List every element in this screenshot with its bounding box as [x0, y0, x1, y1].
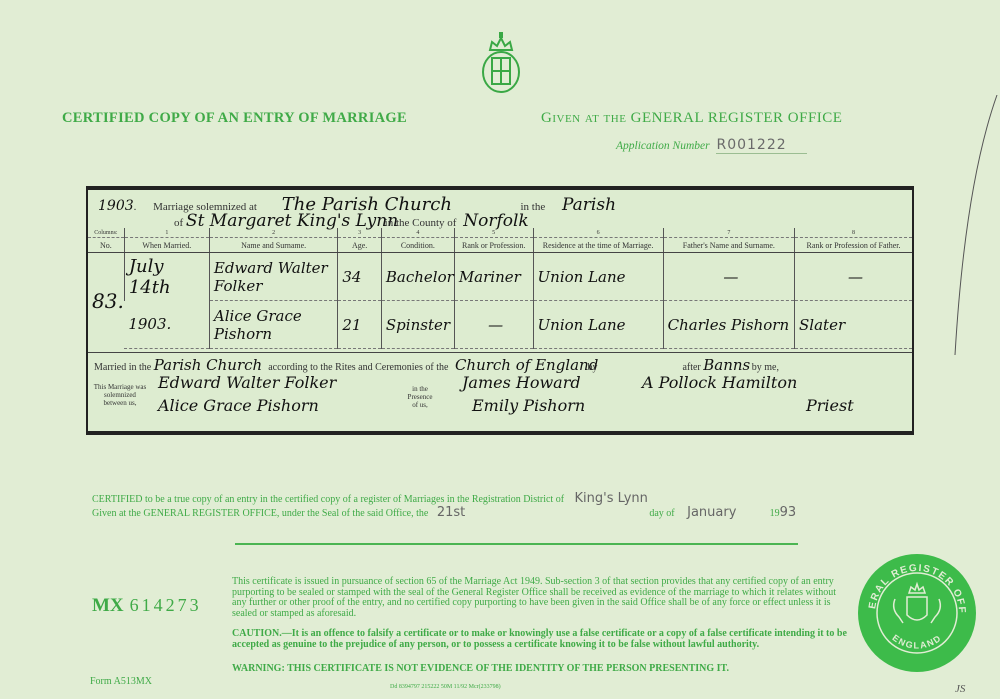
header-profession: Rank or Profession.	[454, 238, 533, 253]
entry-number: 83.	[88, 253, 124, 349]
caution-text: CAUTION.—It is an offence to falsify a c…	[232, 628, 852, 650]
col-number: 8	[795, 228, 912, 238]
issuing-office: Given at the GENERAL REGISTER OFFICE	[541, 110, 842, 127]
print-code: Dd 8394797 215222 50M 11/92 Mcr(233798)	[390, 684, 501, 690]
officiant-signature: A Pollock Hamilton	[642, 373, 797, 392]
bride-age: 21	[338, 301, 382, 349]
witness-1-signature: James Howard	[462, 373, 581, 392]
groom-name: Edward Walter Folker	[209, 253, 337, 301]
application-number-line: Application Number R001222	[616, 137, 807, 153]
bride-signature: Alice Grace Pishorn	[158, 396, 319, 415]
clerk-initials: JS	[955, 683, 965, 695]
bride-residence: Union Lane	[533, 301, 663, 349]
application-label: Application Number	[616, 140, 710, 152]
day-of-label: day of	[649, 508, 674, 519]
according-label: according to the Rites and Ceremonies of…	[268, 362, 448, 373]
groom-father-profession: —	[795, 253, 912, 301]
marriage-year: 1903.	[124, 301, 209, 349]
warning-text: WARNING: THIS CERTIFICATE IS NOT EVIDENC…	[232, 663, 729, 674]
bride-profession: —	[454, 301, 533, 349]
header-no: No.	[88, 238, 124, 253]
col-number: 5	[454, 228, 533, 238]
table-row: 83. July 14th Edward Walter Folker 34 Ba…	[88, 253, 912, 301]
married-in-label: Married in the	[94, 362, 151, 373]
serial-number: MX614273	[92, 595, 202, 617]
bride-name: Alice Grace Pishorn	[209, 301, 337, 349]
married-in-place: Parish Church	[154, 356, 266, 374]
year-prefix: 19	[770, 508, 780, 519]
legal-text: This certificate is issued in pursuance …	[232, 577, 852, 619]
register-table: Columns: 1 2 3 4 5 6 7 8 No. When Marrie…	[88, 228, 912, 349]
col-number: 4	[381, 228, 454, 238]
certification-month: January	[687, 506, 767, 519]
groom-father: —	[663, 253, 794, 301]
bride-father-profession: Slater	[795, 301, 912, 349]
certification-line-1: CERTIFIED to be a true copy of an entry …	[92, 492, 796, 506]
groom-condition: Bachelor	[381, 253, 454, 301]
col-number: 6	[533, 228, 663, 238]
certification-day: 21st	[437, 506, 647, 519]
certification-statement: CERTIFIED to be a true copy of an entry …	[92, 494, 564, 505]
marriage-date: July 14th	[124, 253, 209, 301]
col-number: 7	[663, 228, 794, 238]
married-in-line: Married in the Parish Church according t…	[94, 356, 779, 374]
serial-prefix: MX	[92, 595, 124, 616]
columns-label: Columns:	[88, 228, 124, 238]
officiant-title: Priest	[806, 396, 854, 415]
header-name: Name and Surname.	[209, 238, 337, 253]
col-number: 2	[209, 228, 337, 238]
royal-crest-icon	[470, 28, 532, 96]
certificate-title: CERTIFIED COPY OF AN ENTRY OF MARRIAGE	[62, 110, 407, 127]
groom-residence: Union Lane	[533, 253, 663, 301]
bride-condition: Spinster	[381, 301, 454, 349]
header-father-name: Father's Name and Surname.	[663, 238, 794, 253]
col-number: 3	[338, 228, 382, 238]
denomination: Church of England	[455, 356, 585, 374]
header-condition: Condition.	[381, 238, 454, 253]
district-type: Parish	[562, 195, 616, 215]
register-entry: 1903. Marriage solemnized at The Parish …	[86, 186, 914, 435]
given-at-statement: Given at the GENERAL REGISTER OFFICE, un…	[92, 508, 428, 519]
col-number: 1	[124, 228, 209, 238]
between-label: This Marriage was solemnized between us,	[92, 383, 148, 407]
header-age: Age.	[338, 238, 382, 253]
after-label: after	[682, 362, 700, 373]
header-when-married: When Married.	[124, 238, 209, 253]
by-label: by	[587, 362, 597, 373]
header-residence: Residence at the time of Marriage.	[533, 238, 663, 253]
general-register-office-seal-icon: GENERAL REGISTER OFFICE ENGLAND	[857, 553, 977, 673]
groom-age: 34	[338, 253, 382, 301]
bride-father: Charles Pishorn	[663, 301, 794, 349]
after-value: Banns	[703, 356, 749, 374]
groom-signature: Edward Walter Folker	[158, 373, 336, 392]
table-row: 1903. Alice Grace Pishorn 21 Spinster — …	[88, 301, 912, 349]
groom-profession: Mariner	[454, 253, 533, 301]
application-number: R001222	[716, 137, 806, 154]
presence-label: in the Presence of us,	[404, 385, 436, 409]
registration-district: King's Lynn	[575, 491, 648, 506]
signature-divider	[235, 543, 798, 545]
solemnization-block: Married in the Parish Church according t…	[88, 352, 912, 430]
by-me-label: by me,	[752, 362, 779, 373]
header-father-profession: Rank or Profession of Father.	[795, 238, 912, 253]
year-suffix: 93	[780, 505, 797, 520]
register-year: 1903	[98, 198, 134, 214]
certification-line-2: Given at the GENERAL REGISTER OFFICE, un…	[92, 506, 796, 520]
form-number: Form A513MX	[90, 676, 152, 687]
pencil-stroke	[925, 95, 1000, 355]
serial-digits: 614273	[130, 595, 202, 615]
certification-text: CERTIFIED to be a true copy of an entry …	[92, 492, 796, 520]
witness-2-signature: Emily Pishorn	[472, 396, 585, 415]
